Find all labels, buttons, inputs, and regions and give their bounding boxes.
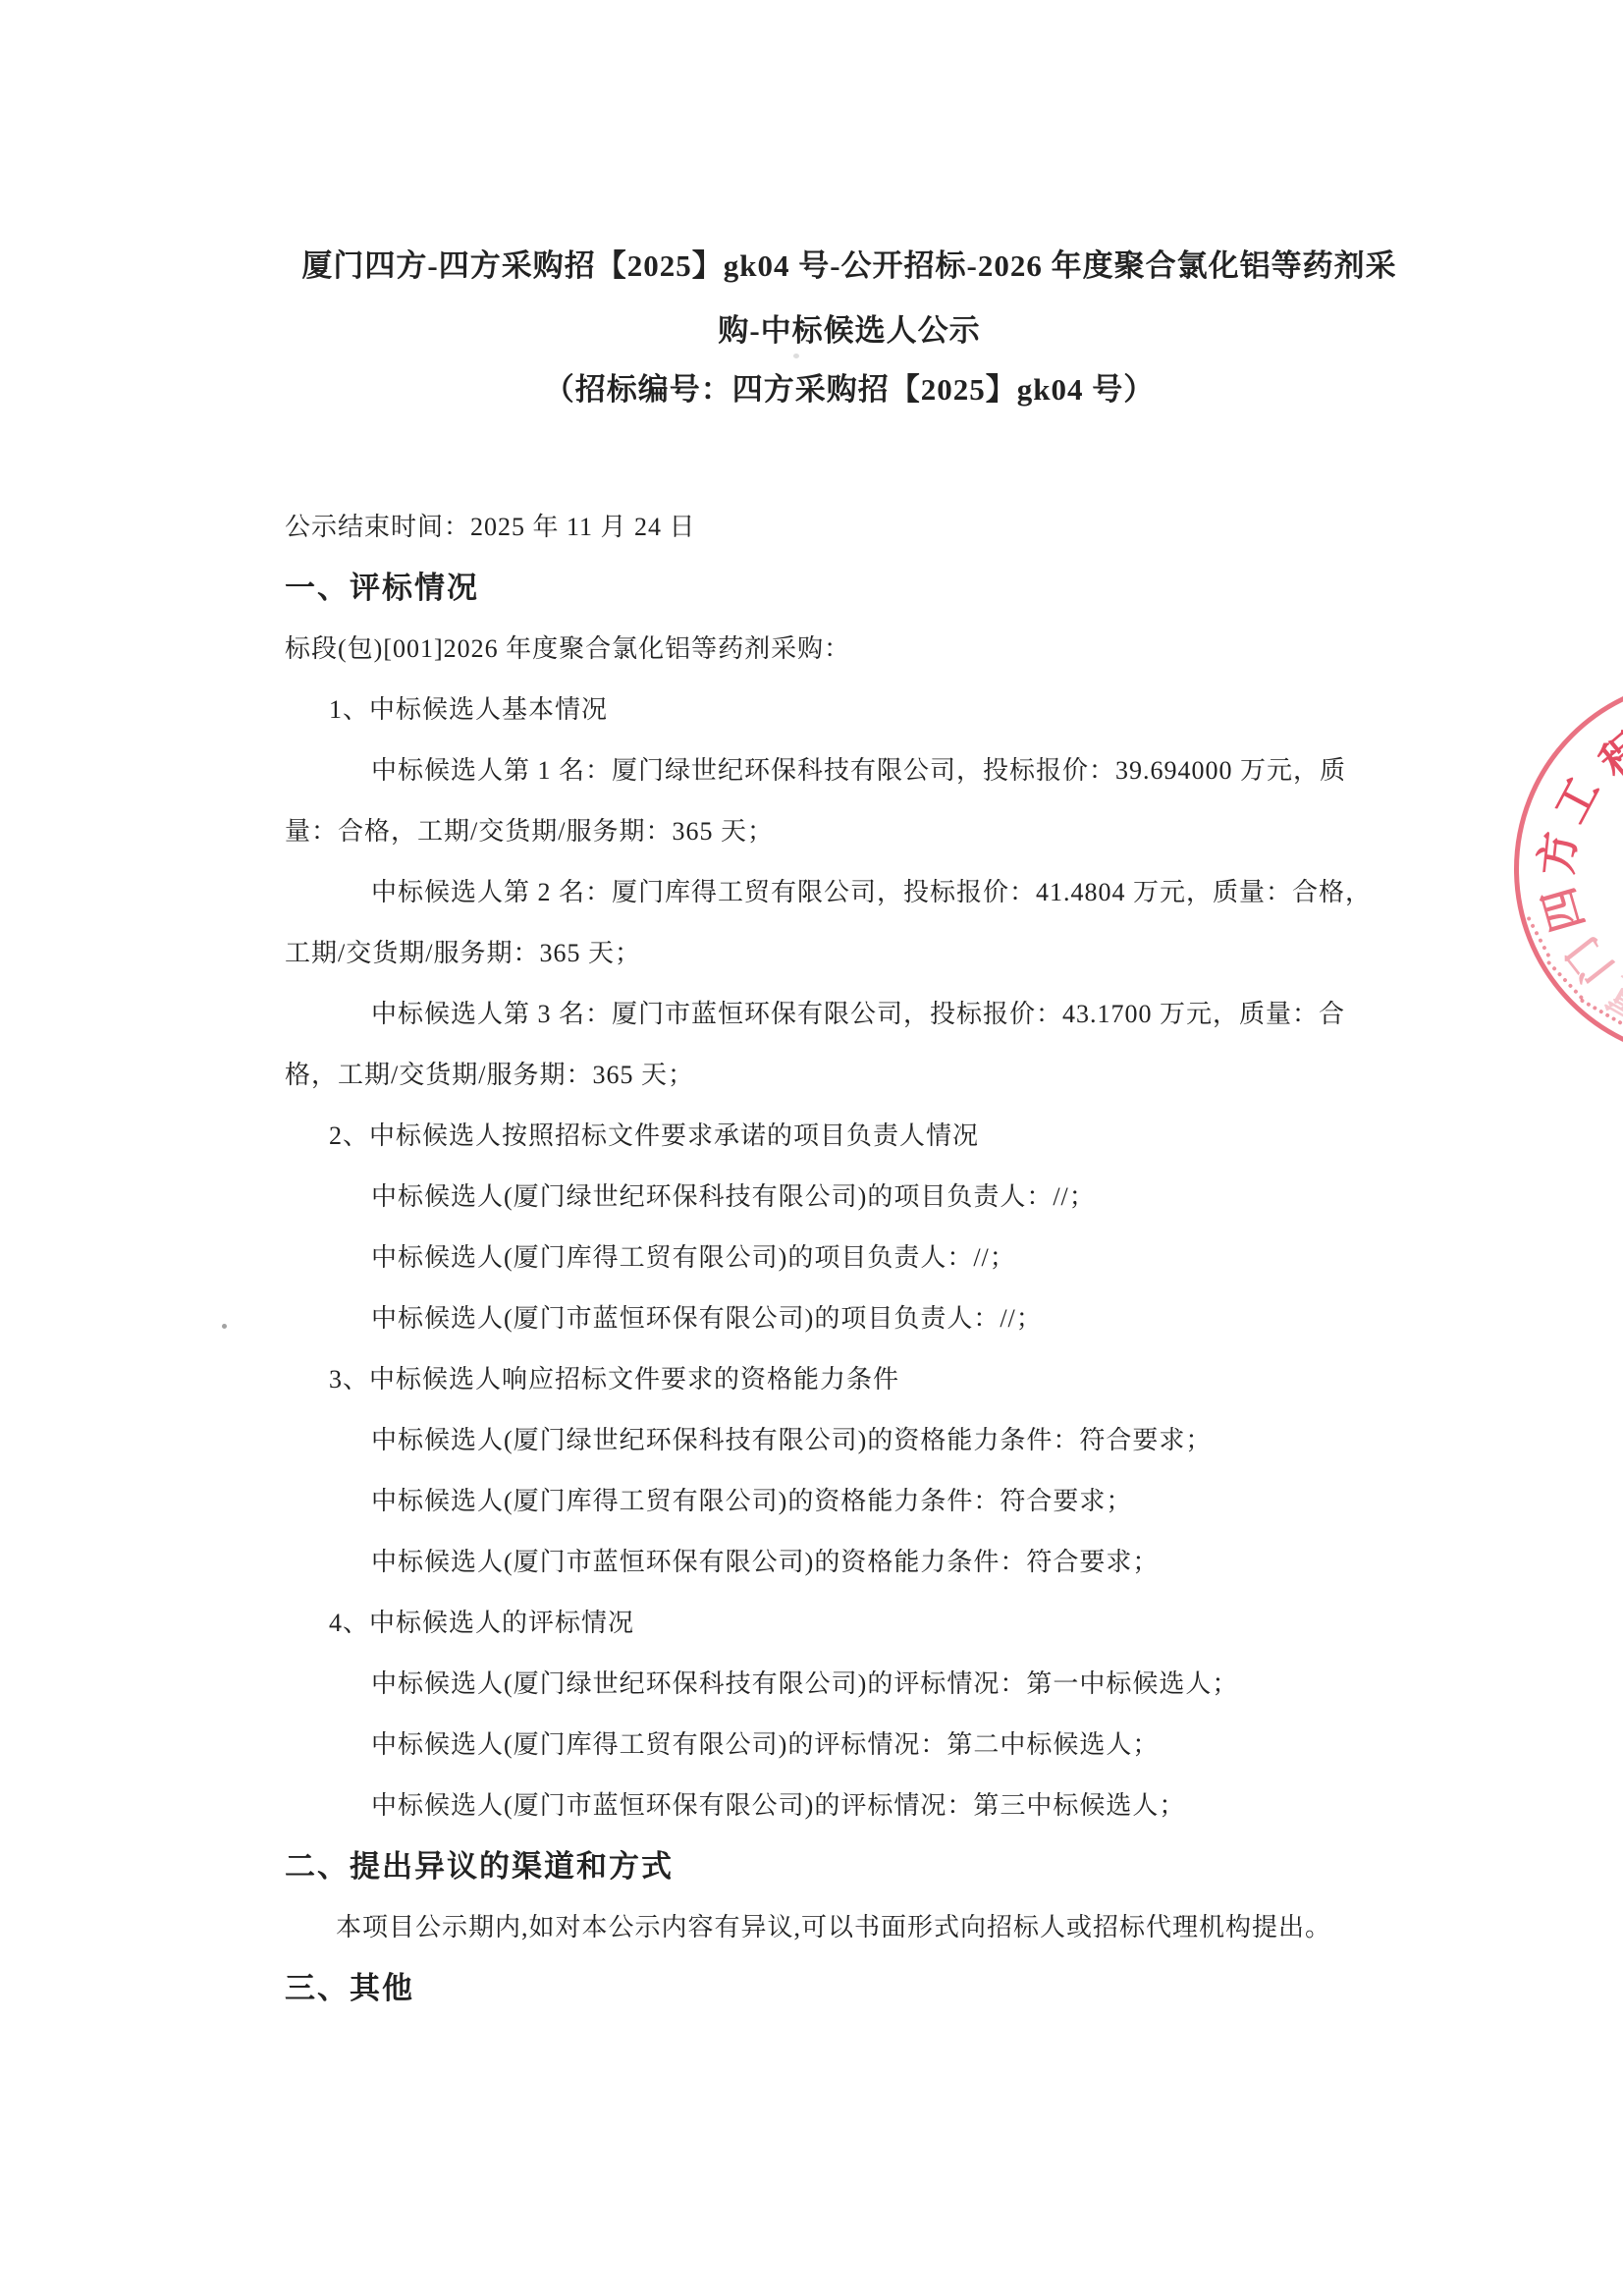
candidate-3-info-line-1: 中标候选人第 3 名：厦门市蓝恒环保有限公司，投标报价：43.1700 万元，质… [285,984,1492,1045]
candidate-1-info-line-1: 中标候选人第 1 名：厦门绿世纪环保科技有限公司，投标报价：39.694000 … [285,740,1492,801]
seal-micro-text [1580,998,1623,1028]
seal-char: 方 [1536,830,1583,877]
item-3-heading: 3、中标候选人响应招标文件要求的资格能力条件 [285,1349,1492,1410]
qualification-candidate-2: 中标候选人(厦门库得工贸有限公司)的资格能力条件：符合要求； [285,1471,1492,1532]
seal-char: 厦 [1602,969,1623,1028]
item-2-heading: 2、中标候选人按照招标文件要求承诺的项目负责人情况 [285,1106,1492,1167]
evaluation-candidate-1: 中标候选人(厦门绿世纪环保科技有限公司)的评标情况：第一中标候选人； [285,1654,1492,1715]
publicity-end-time: 公示结束时间：2025 年 11 月 24 日 [285,497,1492,558]
item-1-heading: 1、中标候选人基本情况 [285,680,1492,740]
scan-speck [222,1324,227,1329]
section-3-heading: 三、其他 [285,1958,1492,2019]
evaluation-candidate-3: 中标候选人(厦门市蓝恒环保有限公司)的评标情况：第三中标候选人； [285,1776,1492,1836]
seal-char: 工 [1548,771,1607,830]
project-manager-candidate-2: 中标候选人(厦门库得工贸有限公司)的项目负责人：//； [285,1228,1492,1288]
section-1-heading: 一、评标情况 [285,558,1492,619]
candidate-3-info-line-2: 格，工期/交货期/服务期：365 天； [285,1045,1492,1106]
seal-char: 门 [1560,929,1621,990]
document-body: 公示结束时间：2025 年 11 月 24 日 一、评标情况 标段(包)[001… [285,497,1492,2019]
tender-number-subtitle: （招标编号：四方采购招【2025】gk04 号） [285,369,1414,410]
candidate-1-info-line-2: 量：合格，工期/交货期/服务期：365 天； [285,801,1492,862]
scan-speck [793,354,799,358]
section-2-heading: 二、提出异议的渠道和方式 [285,1836,1492,1897]
seal-char: 四 [1538,883,1591,936]
evaluation-candidate-2: 中标候选人(厦门库得工贸有限公司)的评标情况：第二中标候选人； [285,1715,1492,1776]
project-manager-candidate-3: 中标候选人(厦门市蓝恒环保有限公司)的项目负责人：//； [285,1288,1492,1349]
qualification-candidate-1: 中标候选人(厦门绿世纪环保科技有限公司)的资格能力条件：符合要求； [285,1410,1492,1471]
item-4-heading: 4、中标候选人的评标情况 [285,1593,1492,1654]
candidate-2-info-line-2: 工期/交货期/服务期：365 天； [285,923,1492,984]
seal-ring-icon [1514,678,1623,1061]
project-manager-candidate-1: 中标候选人(厦门绿世纪环保科技有限公司)的项目负责人：//； [285,1167,1492,1228]
document-page: 厦门四方-四方采购招【2025】gk04 号-公开招标-2026 年度聚合氯化铝… [0,0,1623,2296]
page-title-line-2: 购-中标候选人公示 [285,310,1414,352]
seal-micro-text [1546,960,1584,1001]
seal-micro-text [1526,916,1550,957]
objection-channel-line: 本项目公示期内,如对本公示内容有异议,可以书面形式向招标人或招标代理机构提出。 [285,1897,1492,1958]
page-title-line-1: 厦门四方-四方采购招【2025】gk04 号-公开招标-2026 年度聚合氯化铝… [285,246,1414,287]
seal-char: 程 [1594,726,1623,787]
candidate-2-info-line-1: 中标候选人第 2 名：厦门库得工贸有限公司，投标报价：41.4804 万元，质量… [285,862,1492,923]
qualification-candidate-3: 中标候选人(厦门市蓝恒环保有限公司)的资格能力条件：符合要求； [285,1532,1492,1593]
lot-info-line: 标段(包)[001]2026 年度聚合氯化铝等药剂采购： [285,619,1492,680]
